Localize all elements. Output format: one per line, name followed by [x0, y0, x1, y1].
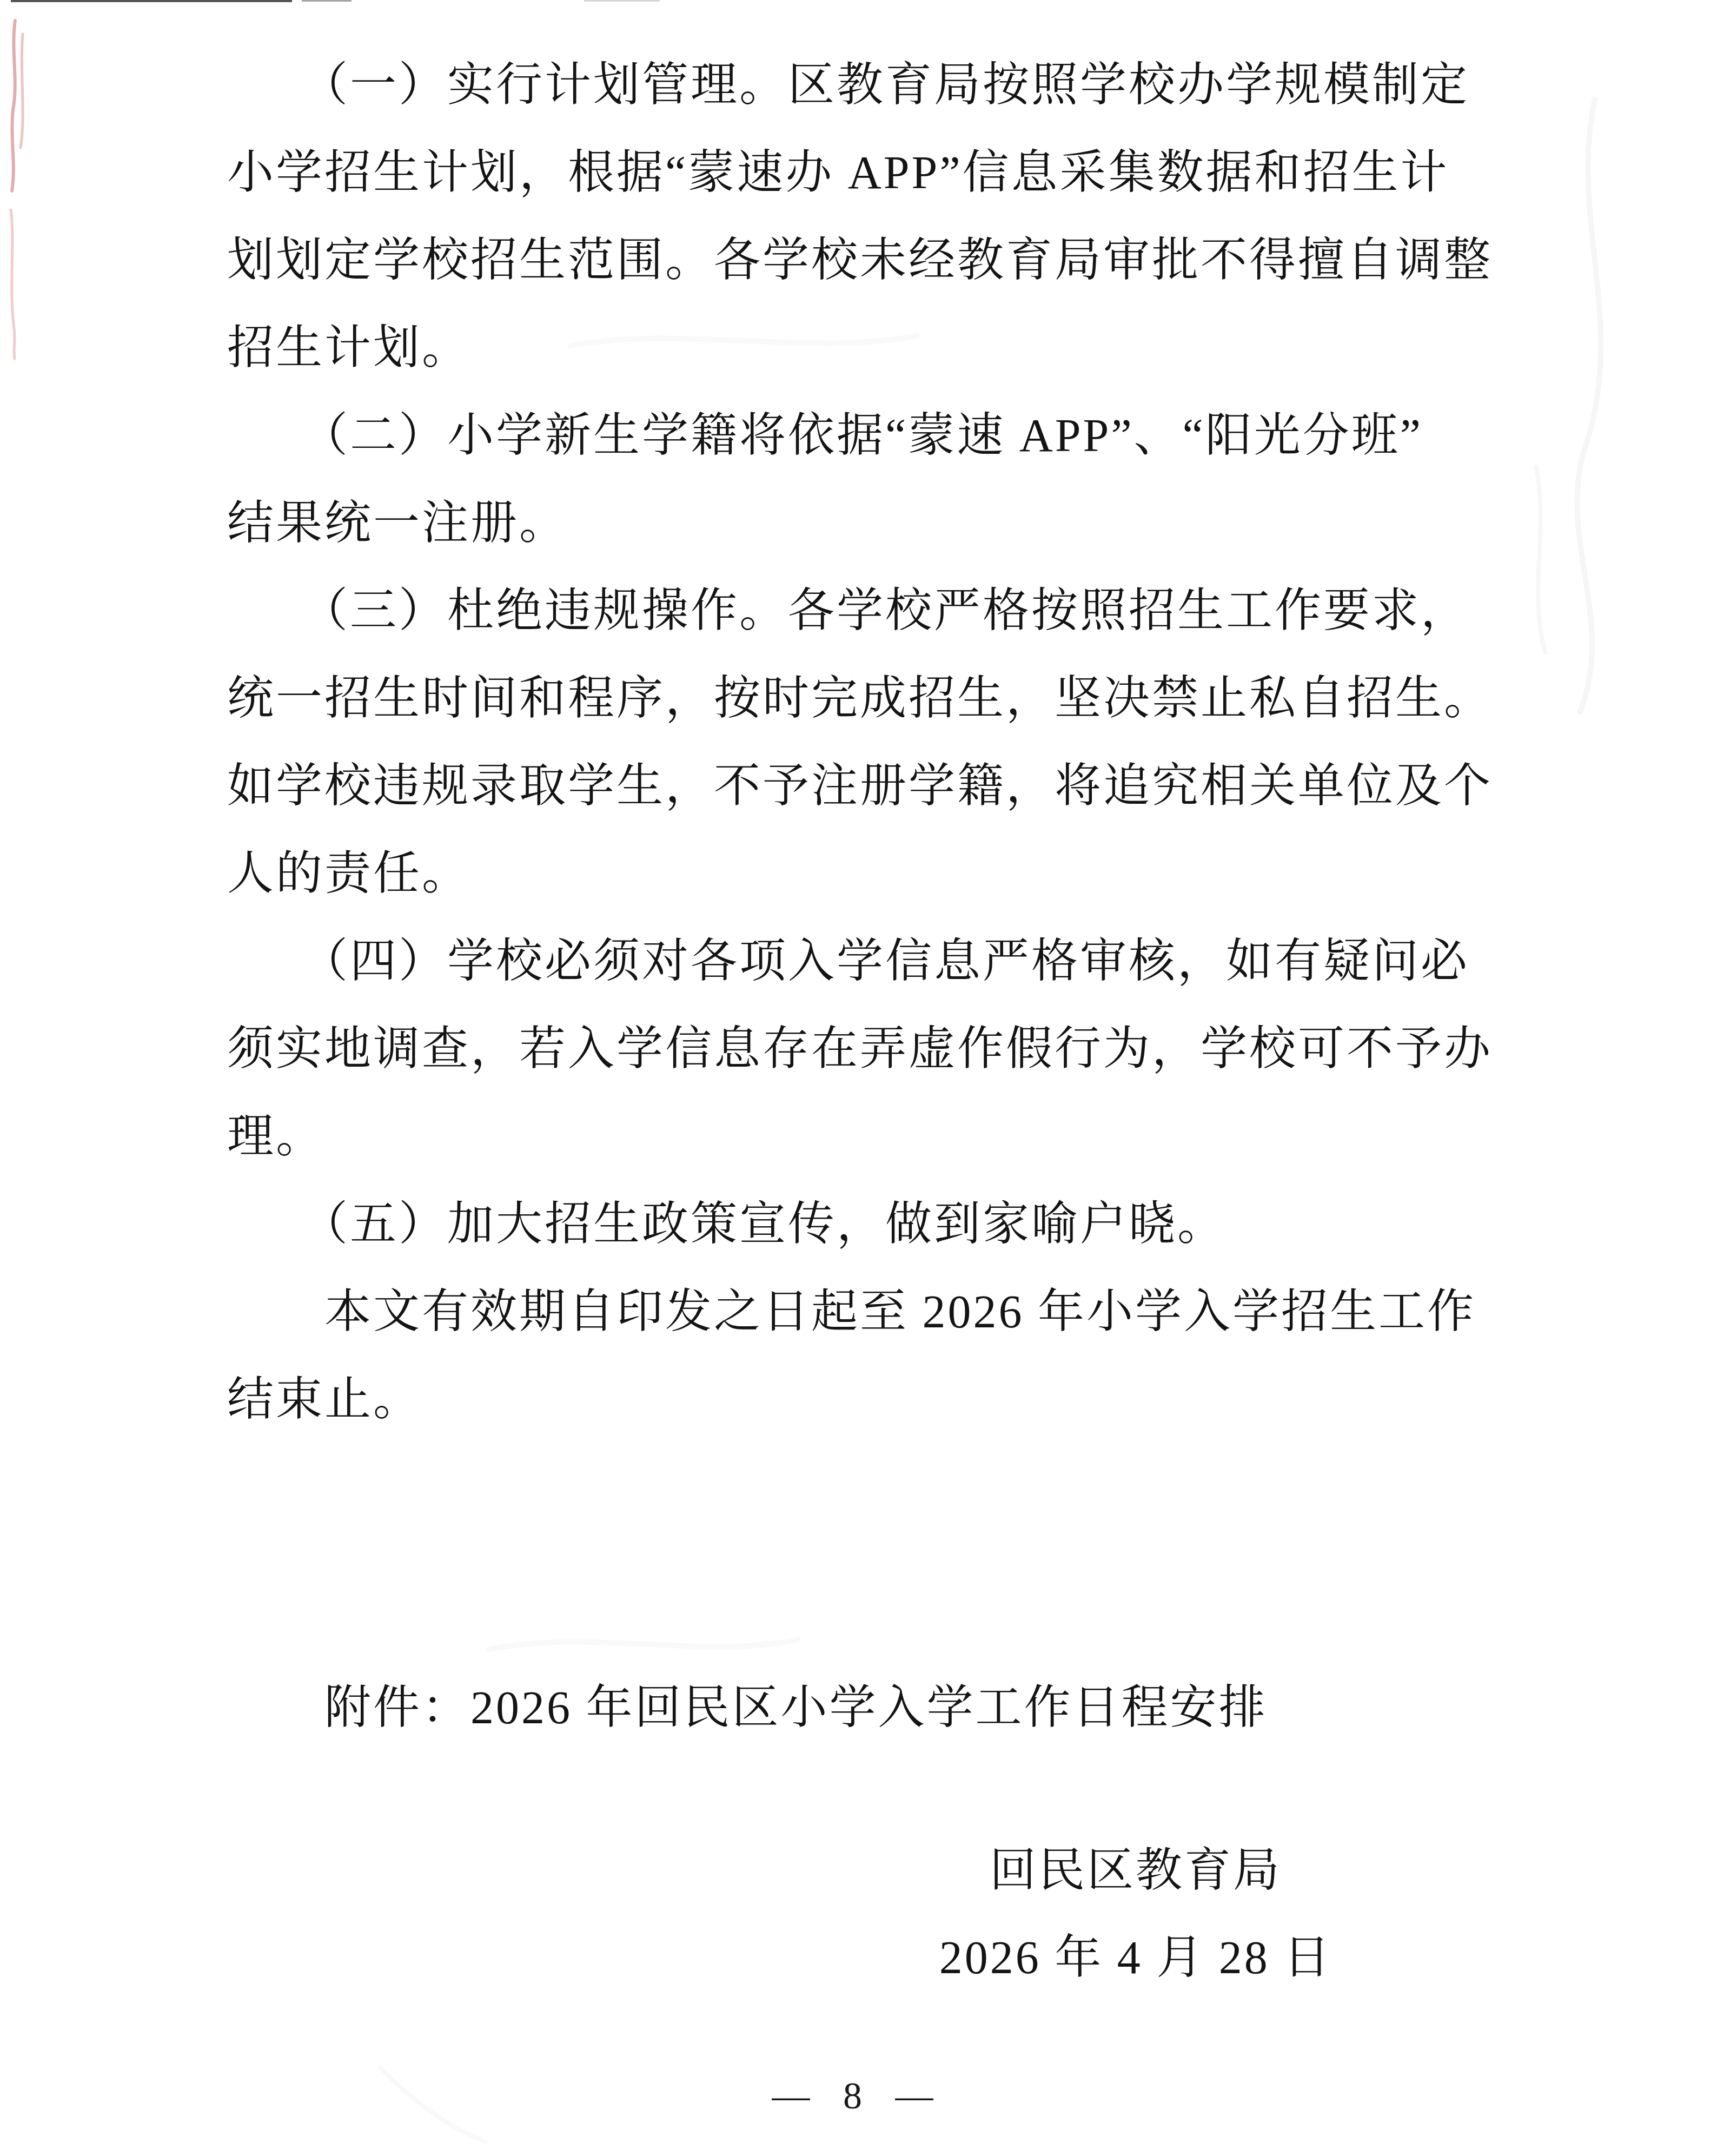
body-line: 结束止。 [227, 1355, 1536, 1443]
body-line: 结果统一注册。 [227, 479, 1536, 567]
body-line: 招生计划。 [227, 304, 1536, 392]
issue-date: 2026 年 4 月 28 日 [865, 1914, 1406, 2001]
body-line: （一）实行计划管理。区教育局按照学校办学规模制定 [227, 41, 1536, 129]
document-page: （一）实行计划管理。区教育局按照学校办学规模制定 小学招生计划，根据“蒙速办 A… [0, 0, 1717, 2156]
issuer-name: 回民区教育局 [865, 1827, 1406, 1914]
scan-artifact-top-edge [11, 0, 292, 2]
scan-artifact-red-marks [0, 10, 38, 361]
scan-artifact-top-edge [302, 0, 352, 2]
signature-block: 回民区教育局 2026 年 4 月 28 日 [865, 1827, 1406, 2001]
body-text-block: （一）实行计划管理。区教育局按照学校办学规模制定 小学招生计划，根据“蒙速办 A… [227, 41, 1536, 1443]
body-line: 理。 [227, 1093, 1536, 1180]
body-line: 划划定学校招生范围。各学校未经教育局审批不得擅自调整 [227, 216, 1536, 304]
scan-artifact-top-edge [584, 0, 660, 2]
body-line: 如学校违规录取学生，不予注册学籍，将追究相关单位及个 [227, 742, 1536, 830]
body-line: 须实地调查，若入学信息存在弄虚作假行为，学校可不予办 [227, 1005, 1536, 1093]
body-line: （二）小学新生学籍将依据“蒙速 APP”、“阳光分班” [227, 392, 1536, 479]
attachment-reference: 附件：2026 年回民区小学入学工作日程安排 [227, 1664, 1536, 1751]
body-line: 本文有效期自印发之日起至 2026 年小学入学招生工作 [227, 1268, 1536, 1355]
body-line: 小学招生计划，根据“蒙速办 APP”信息采集数据和招生计 [227, 129, 1536, 216]
body-line: （四）学校必须对各项入学信息严格审核，如有疑问必 [227, 917, 1536, 1005]
body-line: （三）杜绝违规操作。各学校严格按照招生工作要求， [227, 567, 1536, 654]
page-number: — 8 — [0, 2069, 1717, 2124]
body-line: 人的责任。 [227, 830, 1536, 917]
body-line: （五）加大招生政策宣传，做到家喻户晓。 [227, 1180, 1536, 1268]
body-line: 统一招生时间和程序，按时完成招生，坚决禁止私自招生。 [227, 654, 1536, 742]
